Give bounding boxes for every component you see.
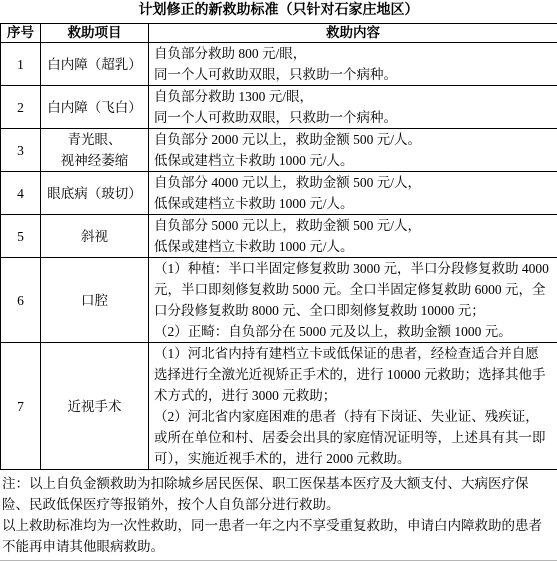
table-row: 4 眼底病（玻切） 自负部分 4000 元以上，救助金额 500 元/人， 低保… [1, 172, 557, 215]
row-index: 2 [1, 86, 41, 129]
footnote-reimbursement: 注：以上自负金额救助为扣除城乡居民医保、职工医保基本医疗及大额支付、大病医疗保险… [2, 473, 555, 515]
project-line: 口腔 [43, 290, 146, 311]
row-index: 1 [1, 43, 41, 86]
header-row: 序号 救助项目 救助内容 [1, 24, 557, 43]
project-cell: 青光眼、 视神经萎缩 [41, 129, 149, 172]
document-page: 计划修正的新救助标准（只针对石家庄地区） 序号 救助项目 救助内容 1 白内障（… [0, 0, 557, 561]
header-index: 序号 [1, 24, 41, 43]
project-line: 近视手术 [43, 396, 146, 417]
project-cell: 口腔 [41, 258, 149, 343]
row-index: 7 [1, 343, 41, 470]
row-index: 3 [1, 129, 41, 172]
content-cell: 自负部分救助 800 元/眼， 同一个人可救助双眼，只救助一个病种。 [149, 43, 557, 86]
content-cell: 自负部分 5000 元以上，救助金额 500 元/人， 低保或建档立卡救助 10… [149, 215, 557, 258]
content-line: （2）河北省内家庭困难的患者（持有下岗证、失业证、残疾证，或所在单位和村、居委会… [154, 406, 552, 469]
project-line: 眼底病（玻切） [43, 183, 146, 204]
header-content: 救助内容 [149, 24, 557, 43]
table-row: 2 白内障（飞白） 自负部分救助 1300 元/眼， 同一个人可救助双眼，只救助… [1, 86, 557, 129]
project-line: 斜视 [43, 226, 146, 247]
content-line: 自负部分救助 800 元/眼， [154, 43, 552, 64]
content-line: 低保或建档立卡救助 1000 元/人。 [154, 150, 552, 171]
content-cell: （1）河北省内持有建档立卡或低保证的患者，经检查适合并自愿选择进行全激光近视矫正… [149, 343, 557, 470]
content-line: 自负部分救助 1300 元/眼， [154, 86, 552, 107]
row-index: 4 [1, 172, 41, 215]
footnotes: 注：以上自负金额救助为扣除城乡居民医保、职工医保基本医疗及大额支付、大病医疗保险… [0, 470, 557, 558]
row-index: 6 [1, 258, 41, 343]
content-line: 同一个人可救助双眼，只救助一个病种。 [154, 107, 552, 128]
project-cell: 白内障（飞白） [41, 86, 149, 129]
header-project: 救助项目 [41, 24, 149, 43]
content-line: 同一个人可救助双眼，只救助一个病种。 [154, 64, 552, 85]
content-line: 自负部分 5000 元以上，救助金额 500 元/人， [154, 215, 552, 236]
content-line: 自负部分 2000 元以上，救助金额 500 元/人。 [154, 129, 552, 150]
subsidy-standards-table: 序号 救助项目 救助内容 1 白内障（超乳） 自负部分救助 800 元/眼， 同… [0, 23, 557, 470]
content-cell: 自负部分救助 1300 元/眼， 同一个人可救助双眼，只救助一个病种。 [149, 86, 557, 129]
project-line: 白内障（飞白） [43, 97, 146, 118]
table-row: 5 斜视 自负部分 5000 元以上，救助金额 500 元/人， 低保或建档立卡… [1, 215, 557, 258]
content-cell: （1）种植：半口半固定修复救助 3000 元，半口分段修复救助 4000 元，半… [149, 258, 557, 343]
project-cell: 白内障（超乳） [41, 43, 149, 86]
project-cell: 近视手术 [41, 343, 149, 470]
content-line: 低保或建档立卡救助 1000 元/人。 [154, 236, 552, 257]
content-line: （2）正畸：自负部分在 5000 元及以上，救助金额 1000 元。 [154, 321, 552, 342]
table-row: 1 白内障（超乳） 自负部分救助 800 元/眼， 同一个人可救助双眼，只救助一… [1, 43, 557, 86]
row-index: 5 [1, 215, 41, 258]
project-line: 青光眼、 [43, 129, 146, 150]
table-row: 6 口腔 （1）种植：半口半固定修复救助 3000 元，半口分段修复救助 400… [1, 258, 557, 343]
table-row: 7 近视手术 （1）河北省内持有建档立卡或低保证的患者，经检查适合并自愿选择进行… [1, 343, 557, 470]
content-cell: 自负部分 2000 元以上，救助金额 500 元/人。 低保或建档立卡救助 10… [149, 129, 557, 172]
content-line: （1）河北省内持有建档立卡或低保证的患者，经检查适合并自愿选择进行全激光近视矫正… [154, 343, 552, 406]
document-title: 计划修正的新救助标准（只针对石家庄地区） [0, 0, 557, 23]
content-cell: 自负部分 4000 元以上，救助金额 500 元/人， 低保或建档立卡救助 10… [149, 172, 557, 215]
project-cell: 眼底病（玻切） [41, 172, 149, 215]
content-line: （1）种植：半口半固定修复救助 3000 元，半口分段修复救助 4000 元，半… [154, 258, 552, 321]
content-line: 自负部分 4000 元以上，救助金额 500 元/人， [154, 172, 552, 193]
project-cell: 斜视 [41, 215, 149, 258]
project-line: 白内障（超乳） [43, 54, 146, 75]
project-line: 视神经萎缩 [43, 150, 146, 171]
footnote-one-time: 以上救助标准均为一次性救助，同一患者一年之内不享受重复救助，申请白内障救助的患者… [2, 515, 555, 557]
table-row: 3 青光眼、 视神经萎缩 自负部分 2000 元以上，救助金额 500 元/人。… [1, 129, 557, 172]
content-line: 低保或建档立卡救助 1000 元/人。 [154, 193, 552, 214]
